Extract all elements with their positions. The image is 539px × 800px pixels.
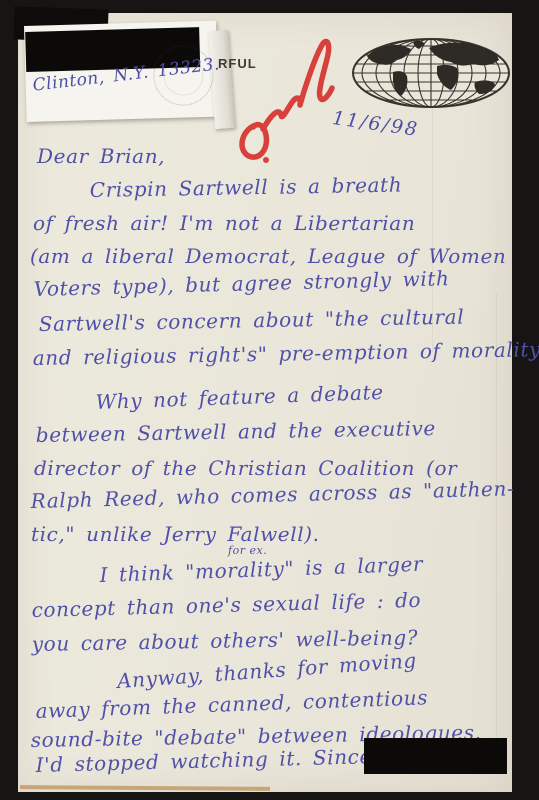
fold-crease <box>496 293 497 763</box>
letter-line: I think "morality" is a larger <box>99 552 423 587</box>
letter-line: tic," unlike Jerry Falwell). <box>31 522 320 546</box>
letter-line: and religious right's" pre-emption of mo… <box>33 337 539 370</box>
letter-line: Sartwell's concern about "the cultural <box>39 305 465 336</box>
letter-line: director of the Christian Coalition (or <box>34 456 457 480</box>
red-ink-annotation <box>223 29 348 169</box>
insertion-note: for ex. <box>228 544 267 557</box>
letter-line: Voters type), but agree strongly with <box>33 266 449 301</box>
letterhead-text-fragment: RFUL <box>218 56 257 71</box>
letter-line: (am a liberal Democrat, League of Women <box>30 244 506 268</box>
letter-line: Why not feature a debate <box>95 380 384 414</box>
scan-background: { "header": { "address_label_text": "Cli… <box>0 0 539 800</box>
letter-line: Crispin Sartwell is a breath <box>90 173 403 202</box>
letter-line: concept than one's sexual life : do <box>31 588 421 622</box>
address-label: Clinton, N.Y. 13323. <box>24 21 219 122</box>
letter-line: Ralph Reed, who comes across as "authen- <box>30 476 514 513</box>
globe-icon <box>349 36 513 110</box>
salutation: Dear Brian, <box>37 144 165 168</box>
letter-line: away from the canned, contentious <box>35 685 428 723</box>
redaction-box-bottom <box>364 738 507 774</box>
letter-line: between Sartwell and the executive <box>36 416 436 447</box>
paper-edge-shadow <box>20 785 270 791</box>
letter-line: of fresh air! I'm not a Libertarian <box>33 211 415 235</box>
letter-paper: Clinton, N.Y. 13323. RFUL 11/6/98 Dear B… <box>18 13 512 792</box>
